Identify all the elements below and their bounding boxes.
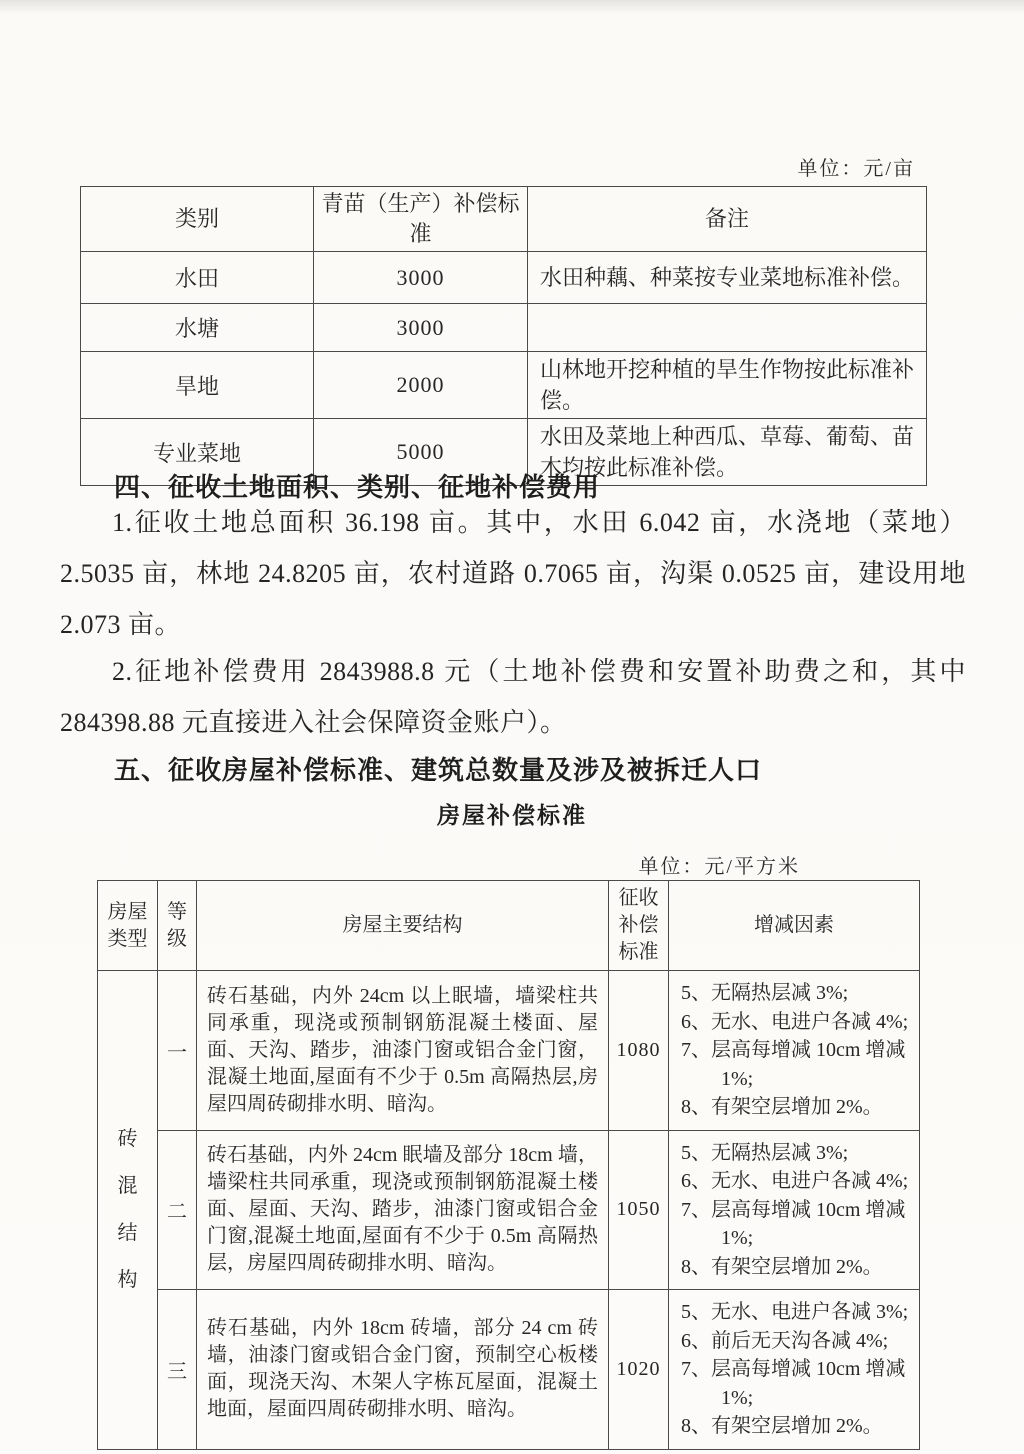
table-row: 旱地 2000 山林地开挖种植的旱生作物按此标准补偿。 (81, 352, 927, 419)
column-header-note: 备注 (528, 187, 927, 252)
standard-cell: 1080 (609, 971, 669, 1131)
table-header-row: 类别 青苗（生产）补偿标准 备注 (81, 187, 927, 252)
factor-item: 8、有架空层增加 2%。 (681, 1253, 913, 1282)
crop-category: 旱地 (81, 352, 314, 419)
grade-cell: 二 (158, 1130, 197, 1290)
table-row: 水田 3000 水田种藕、种菜按专业菜地标准补偿。 (81, 252, 927, 304)
grade-cell: 三 (158, 1290, 197, 1450)
table-row: 水塘 3000 (81, 304, 927, 352)
standard-cell: 1020 (609, 1290, 669, 1450)
crop-standard: 2000 (314, 352, 528, 419)
crop-standard: 3000 (314, 304, 528, 352)
section5-heading: 五、征收房屋补偿标准、建筑总数量及涉及被拆迁人口 (114, 750, 762, 787)
factors-cell: 5、无水、电进户各减 3%; 6、前后无天沟各减 4%; 7、层高每增减 10c… (669, 1290, 920, 1450)
column-header-standard: 青苗（生产）补偿标准 (314, 187, 528, 252)
column-header-category: 类别 (81, 187, 314, 252)
section4-paragraph-2: 2.征地补偿费用 2843988.8 元（土地补偿费和安置补助费之和，其中 28… (60, 646, 966, 748)
factor-item: 7、层高每增减 10cm 增减 1%; (681, 1355, 913, 1412)
house-type-vertical-label: 砖混结构 (116, 1116, 140, 1304)
crop-standard: 3000 (314, 252, 528, 304)
factor-item: 5、无水、电进户各减 3%; (681, 1298, 913, 1327)
table-row: 砖混结构 一 砖石基础，内外 24cm 以上眠墙，墙梁柱共同承重，现浇或预制钢筋… (98, 971, 920, 1131)
crop-category: 水田 (81, 252, 314, 304)
crop-note: 水田种藕、种菜按专业菜地标准补偿。 (528, 252, 927, 304)
column-header-factors: 增减因素 (669, 881, 920, 971)
factors-cell: 5、无隔热层减 3%; 6、无水、电进户各减 4%; 7、层高每增减 10cm … (669, 1130, 920, 1290)
section4-paragraph-1: 1.征收土地总面积 36.198 亩。其中，水田 6.042 亩，水浇地（菜地）… (60, 497, 966, 650)
crop-category: 水塘 (81, 304, 314, 352)
document-page: 单位：元/亩 类别 青苗（生产）补偿标准 备注 水田 3000 水田种藕、种菜按… (0, 0, 1024, 1454)
house-type-cell: 砖混结构 (98, 971, 158, 1450)
structure-cell: 砖石基础，内外 24cm 以上眠墙，墙梁柱共同承重，现浇或预制钢筋混凝土楼面、屋… (197, 971, 609, 1131)
crop-note: 山林地开挖种植的旱生作物按此标准补偿。 (528, 352, 927, 419)
structure-cell: 砖石基础，内外 18cm 砖墙，部分 24 cm 砖墙，油漆门窗或铝合金门窗，预… (197, 1290, 609, 1450)
factors-cell: 5、无隔热层减 3%; 6、无水、电进户各减 4%; 7、层高每增减 10cm … (669, 971, 920, 1131)
factor-item: 6、无水、电进户各减 4%; (681, 1167, 913, 1196)
house-compensation-table: 房屋类型 等级 房屋主要结构 征收补偿标准 增减因素 砖混结构 一 砖石基础，内… (97, 880, 920, 1450)
factor-item: 8、有架空层增加 2%。 (681, 1412, 913, 1441)
table-row: 二 砖石基础，内外 24cm 眠墙及部分 18cm 墙，墙梁柱共同承重，现浇或预… (98, 1130, 920, 1290)
column-header-house-type: 房屋类型 (98, 881, 158, 971)
structure-cell: 砖石基础，内外 24cm 眠墙及部分 18cm 墙，墙梁柱共同承重，现浇或预制钢… (197, 1130, 609, 1290)
factor-item: 7、层高每增减 10cm 增减 1%; (681, 1036, 913, 1093)
factor-item: 7、层高每增减 10cm 增减 1%; (681, 1196, 913, 1253)
factor-item: 6、无水、电进户各减 4%; (681, 1008, 913, 1037)
grade-cell: 一 (158, 971, 197, 1131)
house-table-unit-label: 单位：元/平方米 (638, 850, 800, 879)
table-row: 三 砖石基础，内外 18cm 砖墙，部分 24 cm 砖墙，油漆门窗或铝合金门窗… (98, 1290, 920, 1450)
column-header-standard: 征收补偿标准 (609, 881, 669, 971)
column-header-grade: 等级 (158, 881, 197, 971)
factor-item: 8、有架空层增加 2%。 (681, 1093, 913, 1122)
crop-compensation-table: 类别 青苗（生产）补偿标准 备注 水田 3000 水田种藕、种菜按专业菜地标准补… (80, 186, 927, 486)
column-header-structure: 房屋主要结构 (197, 881, 609, 971)
crop-table-unit-label: 单位：元/亩 (797, 152, 915, 181)
factor-item: 5、无隔热层减 3%; (681, 1139, 913, 1168)
standard-cell: 1050 (609, 1130, 669, 1290)
crop-note (528, 304, 927, 352)
factor-item: 5、无隔热层减 3%; (681, 979, 913, 1008)
house-compensation-subheading: 房屋补偿标准 (0, 797, 1024, 830)
table-header-row: 房屋类型 等级 房屋主要结构 征收补偿标准 增减因素 (98, 881, 920, 971)
factor-item: 6、前后无天沟各减 4%; (681, 1327, 913, 1356)
